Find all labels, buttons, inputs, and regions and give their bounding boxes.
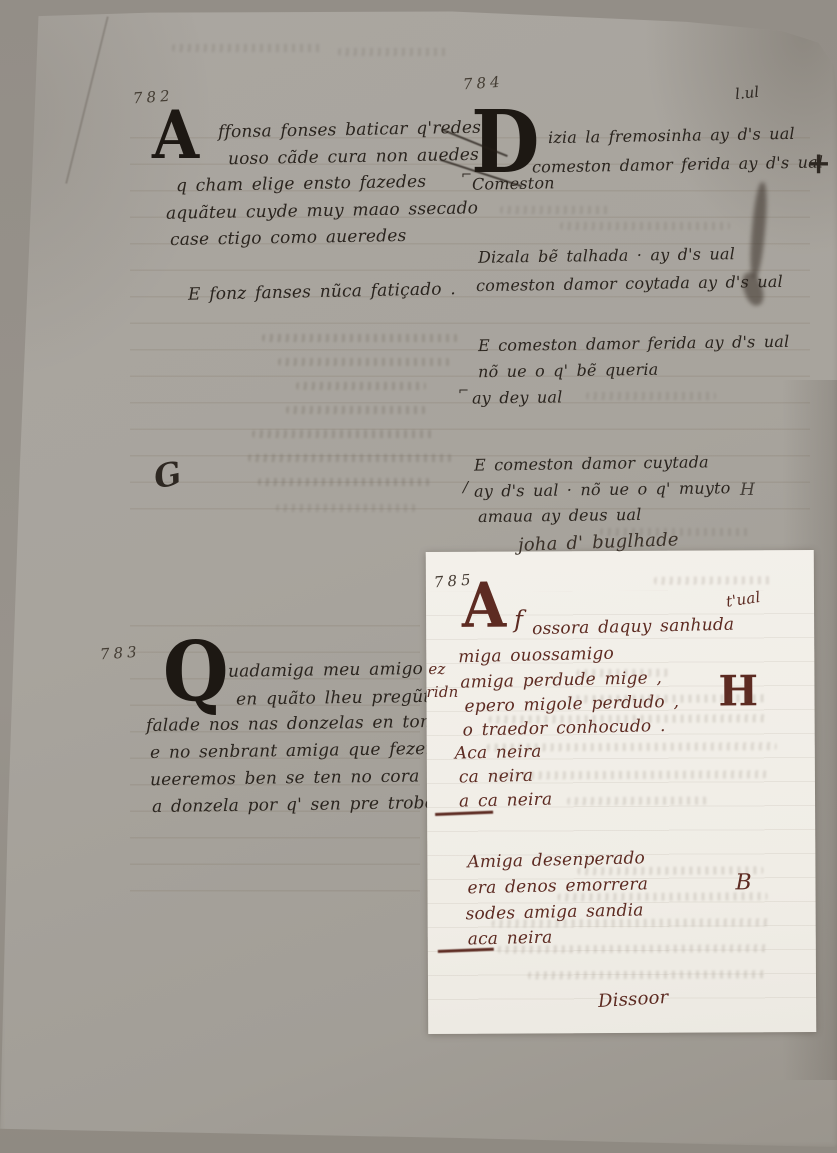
verse-line: a ca neira (459, 792, 553, 811)
bleedthrough-line (258, 478, 430, 486)
patch-b-mark: B (735, 872, 751, 894)
bleedthrough-line (296, 382, 426, 390)
bleedthrough-line (586, 392, 716, 400)
initial-letter-782: A (152, 106, 199, 165)
verse-line: aca neira (468, 930, 553, 949)
verse-line: ueeremos ben se ten no cora com (150, 768, 465, 789)
verse-line: aquãteu cuyde muy maao ssecado (166, 200, 478, 222)
initial-letter-784: D (471, 104, 540, 181)
patch-bleedthrough-line (567, 797, 707, 806)
verse-line: case ctigo como aueredes (170, 228, 407, 249)
faint-top-inscription (338, 48, 448, 56)
margin-h-mark: H (740, 480, 755, 500)
bleedthrough-line (248, 454, 452, 462)
g-flourish-mark: G (150, 454, 185, 497)
patch-bleedthrough-line (487, 742, 777, 752)
verse-line: era denos emorrera (467, 876, 648, 897)
cantiga-number-784: 784 (462, 73, 504, 94)
correction-word: Comeston (472, 175, 555, 192)
corner-annotation: l.ul (734, 83, 760, 103)
bleedthrough-line (560, 222, 730, 230)
verse-line: E comeston damor ferida ay d's ual (478, 334, 790, 354)
initial-letter-783: Q (163, 636, 229, 710)
insertion-bracket: ⌐ (458, 384, 469, 399)
manuscript-leaf: 782 A ffonsa fonses baticar q'redes uoso… (0, 0, 837, 1153)
verse-line: nõ ue o q' bẽ queria (478, 362, 659, 381)
verse-line: izia la fremosinha ay d's ual (548, 126, 795, 146)
restoration-patch-inset: 785 t'ual A f ossora daquy sanhuda miga … (426, 550, 817, 1034)
patch-bleedthrough-line (576, 669, 672, 678)
initial-letter-785-small: f (514, 608, 523, 632)
verse-line: amaua ay deus ual (478, 507, 642, 525)
cross-mark: + (806, 146, 831, 181)
verse-line: sodes amiga sandia (465, 902, 643, 923)
verse-line: ossora daquy sanhuda (532, 617, 735, 639)
refrain-underline (438, 948, 494, 953)
patch-h-initial: H (718, 670, 758, 712)
patch-fragment: ez (428, 662, 445, 677)
verse-line: comeston damor coytada ay d's ual (476, 274, 783, 294)
patch-bleedthrough-line (489, 714, 769, 723)
verse-line: miga ouossamigo (458, 646, 614, 667)
verse-line: Dizala bẽ talhada · ay d's ual (478, 246, 735, 266)
corner-crease (65, 16, 108, 183)
verse-line: comeston damor ferida ay d's ual (532, 154, 823, 175)
verse-line: q cham elige ensto fazedes (176, 174, 426, 195)
patch-fragment: ridn (426, 685, 458, 700)
verse-line: ay d's ual · nõ ue o q' muyto (474, 480, 731, 500)
patch-margin-annotation: t'ual (725, 590, 761, 610)
insertion-bracket: ⌐ (461, 168, 472, 183)
refrain-underline (435, 811, 493, 816)
patch-bleedthrough-line (528, 970, 768, 979)
bleedthrough-line (252, 430, 434, 438)
colophon-word: Dissoor (598, 989, 669, 1011)
faint-top-inscription (172, 44, 322, 52)
patch-bleedthrough-line (654, 576, 772, 585)
verse-line: E comeston damor cuytada (474, 454, 709, 473)
verse-line: ay dey ual (472, 389, 563, 406)
cantiga-number-783: 783 (99, 643, 141, 664)
verse-line: falade nos nas donzelas en ton (146, 714, 431, 735)
ink-stain (748, 182, 769, 279)
bleedthrough-line (276, 504, 416, 512)
bleedthrough-line (278, 358, 450, 366)
patch-bleedthrough-line (568, 694, 768, 703)
bleedthrough-line (500, 206, 610, 214)
verse-line: Amiga desenperado (467, 850, 645, 871)
bleedthrough-line (286, 406, 426, 414)
verse-line: uoso cãde cura non auedes (228, 147, 479, 168)
verse-line: a donzela por q' sen pre trobou (152, 795, 446, 816)
line-slash: / (463, 478, 468, 496)
initial-letter-785: A (462, 578, 507, 634)
manuscript-scan: 782 A ffonsa fonses baticar q'redes uoso… (0, 0, 837, 1153)
verse-line: e no senbrant amiga que fezer (150, 741, 434, 762)
patch-bleedthrough-line (491, 770, 767, 779)
bleedthrough-line (262, 334, 458, 342)
refrain-line: E fonz fanses nũca fatiçado . (188, 281, 456, 304)
